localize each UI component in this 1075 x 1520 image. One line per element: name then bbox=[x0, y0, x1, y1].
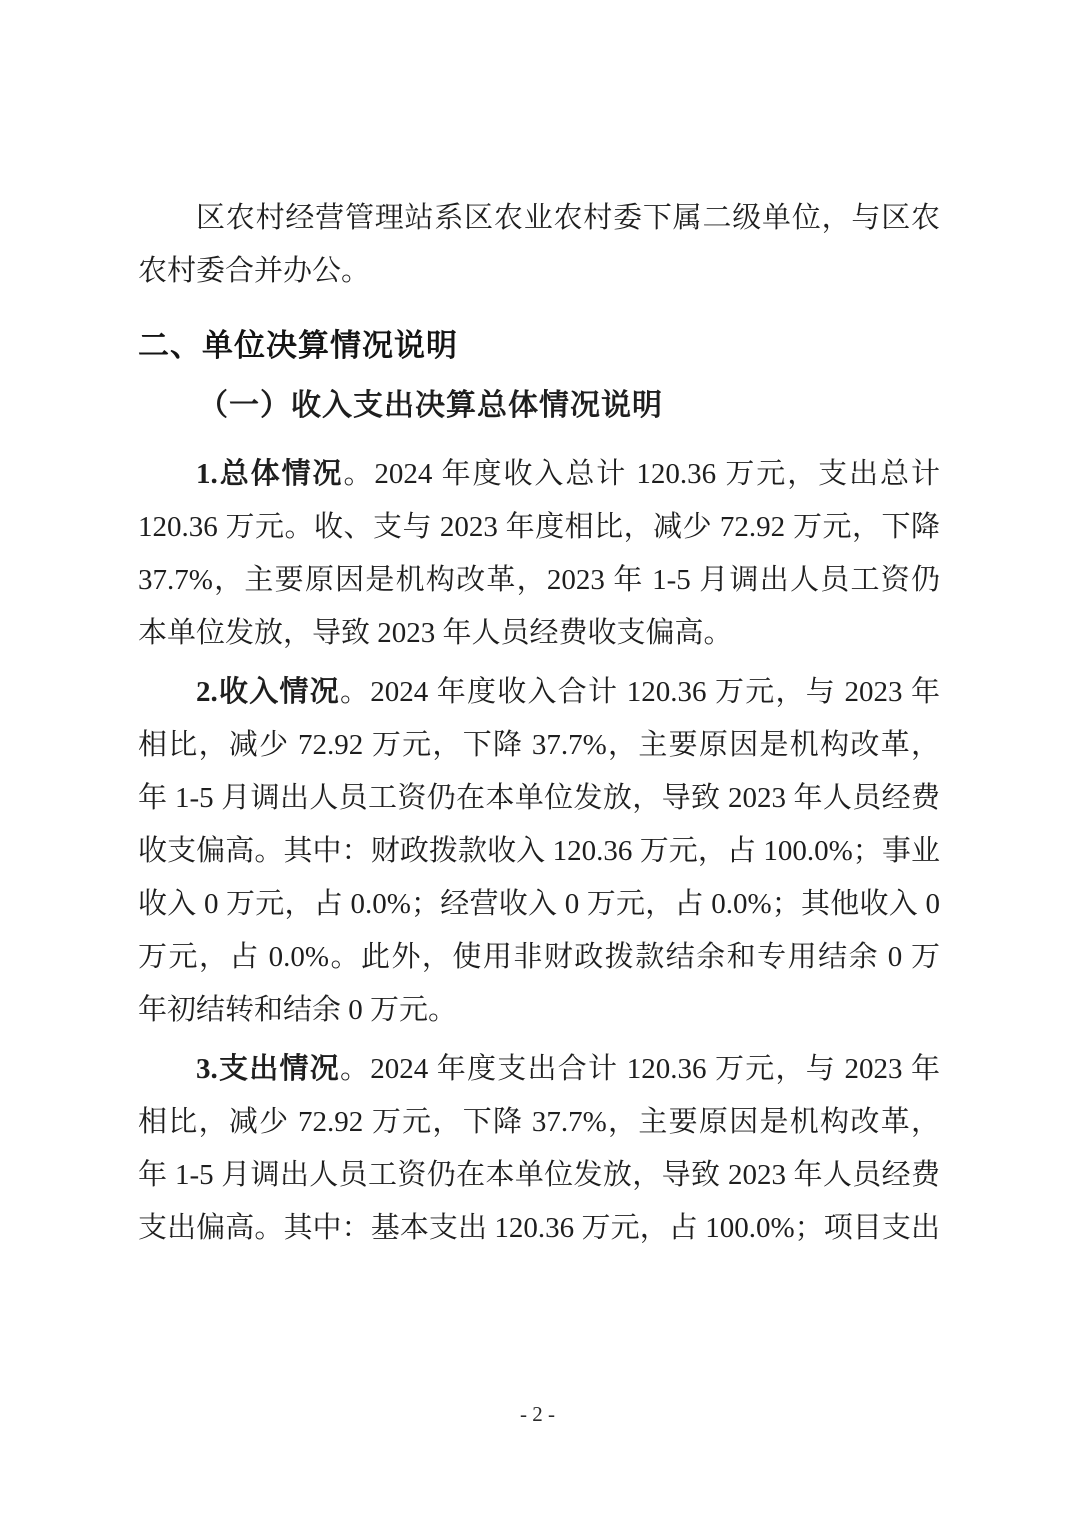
section-heading: 二、单位决算情况说明 bbox=[138, 324, 940, 368]
paragraph-line: 37.7%，主要原因是机构改革，2023 年 1-5 月调出人员工资仍在 bbox=[138, 554, 940, 607]
page-number: - 2 - bbox=[0, 1400, 1075, 1428]
bold-lead: 2.收入情况 bbox=[196, 676, 340, 708]
subsection-heading: （一）收入支出决算总体情况说明 bbox=[138, 382, 1000, 430]
paragraph-line: 年初结转和结余 0 万元。 bbox=[138, 984, 940, 1037]
intro-paragraph: 区农村经营管理站系区农业农村委下属二级单位，与区农业 农村委合并办公。 bbox=[138, 192, 940, 298]
income-paragraph: 2.收入情况。2024 年度收入合计 120.36 万元，与 2023 年度 相… bbox=[138, 666, 940, 1037]
bold-lead: 1.总体情况 bbox=[196, 458, 343, 490]
paragraph-line: 区农村经营管理站系区农业农村委下属二级单位，与区农业 bbox=[138, 192, 940, 245]
paragraph-line: 收支偏高。其中：财政拨款收入 120.36 万元，占 100.0%；事业 bbox=[138, 825, 940, 878]
lead-rest-text: 。2024 年度收入总计 120.36 万元，支出总计 bbox=[343, 458, 940, 490]
paragraph-line: 相比，减少 72.92 万元，下降 37.7%，主要原因是机构改革，2023 bbox=[138, 1096, 940, 1149]
paragraph-line: 农村委合并办公。 bbox=[138, 245, 940, 298]
overall-paragraph: 1.总体情况。2024 年度收入总计 120.36 万元，支出总计 120.36… bbox=[138, 448, 940, 660]
paragraph-line: 年 1-5 月调出人员工资仍在本单位发放，导致 2023 年人员经费 bbox=[138, 1149, 940, 1202]
paragraph-line: 本单位发放，导致 2023 年人员经费收支偏高。 bbox=[138, 607, 940, 660]
paragraph-line: 3.支出情况。2024 年度支出合计 120.36 万元，与 2023 年度 bbox=[138, 1043, 940, 1096]
paragraph-line: 支出偏高。其中：基本支出 120.36 万元，占 100.0%；项目支出 bbox=[138, 1202, 940, 1255]
paragraph-line: 120.36 万元。收、支与 2023 年度相比，减少 72.92 万元，下降 bbox=[138, 501, 940, 554]
paragraph-line: 年 1-5 月调出人员工资仍在本单位发放，导致 2023 年人员经费 bbox=[138, 772, 940, 825]
paragraph-line: 万元，占 0.0%。此外，使用非财政拨款结余和专用结余 0 万元， bbox=[138, 931, 940, 984]
paragraph-line: 收入 0 万元，占 0.0%；经营收入 0 万元，占 0.0%；其他收入 0 bbox=[138, 878, 940, 931]
paragraph-line: 相比，减少 72.92 万元，下降 37.7%，主要原因是机构改革，2023 bbox=[138, 719, 940, 772]
bold-lead: 3.支出情况 bbox=[196, 1053, 340, 1085]
document-page: 区农村经营管理站系区农业农村委下属二级单位，与区农业 农村委合并办公。 二、单位… bbox=[0, 0, 1075, 1520]
expenditure-paragraph: 3.支出情况。2024 年度支出合计 120.36 万元，与 2023 年度 相… bbox=[138, 1043, 940, 1255]
paragraph-line: 1.总体情况。2024 年度收入总计 120.36 万元，支出总计 bbox=[138, 448, 940, 501]
paragraph-line: 2.收入情况。2024 年度收入合计 120.36 万元，与 2023 年度 bbox=[138, 666, 940, 719]
